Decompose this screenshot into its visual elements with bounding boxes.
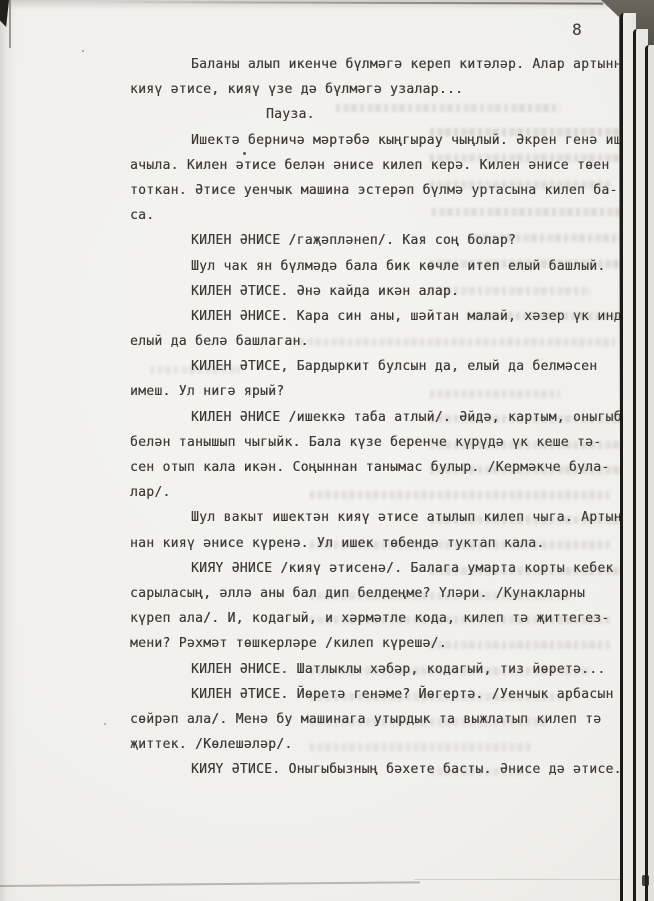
scanned-script-page: 8 Баланы алып икенче бүлмәгә кереп китәл…: [0, 0, 654, 901]
script-line: сөйрәп ала/. Менә бу машинага утырдык та…: [130, 707, 635, 732]
script-line: Баланы алып икенче бүлмәгә кереп китәләр…: [130, 52, 635, 77]
stacked-page-edge: [645, 45, 654, 901]
script-line: КИЛЕН ӘНИСЕ /гаҗәпләнеп/. Кая соң болар?: [130, 228, 635, 253]
script-line: күреп ала/. И, кодагый, и хәрмәтле кода,…: [130, 606, 635, 631]
script-line: нан кияү әнисе күренә. Ул ишек төбендә т…: [130, 531, 635, 556]
script-line: КИЯҮ ӘТИСЕ. Оныгыбызның бәхете басты. Ән…: [130, 757, 635, 782]
script-line: КИЛЕН ӘНИСЕ. Кара син аны, шәйтан малай,…: [130, 304, 635, 329]
script-line: сен отып кала икән. Соңыннан танымас бул…: [130, 455, 635, 480]
script-line: имеш. Ул нигә ярый?: [130, 379, 635, 404]
top-left-edge-line: [9, 0, 11, 48]
script-line: Пауза.: [130, 102, 635, 127]
script-line: тоткан. Әтисе уенчык машина эстерәп бүлм…: [130, 178, 635, 203]
script-line: ачыла. Килен әтисе белән әнисе килеп кер…: [130, 153, 635, 178]
script-line: са.: [130, 203, 635, 228]
script-line: КИЛЕН ӘТИСЕ. Әнә кайда икән алар.: [130, 279, 635, 304]
script-line: сарыласың, әллә аны бал дип белдеңме? Үл…: [130, 581, 635, 606]
paper-speck: [104, 723, 106, 725]
script-line: КИЛЕН ӘНИСЕ /ишеккә таба атлый/. Әйдә, к…: [130, 405, 635, 430]
paper-speck: [82, 50, 84, 52]
script-line: Шул чак ян бүлмәдә бала бик көчле итеп е…: [130, 254, 635, 279]
script-line: кияү әтисе, кияү үзе дә бүлмәгә узалар..…: [130, 77, 635, 102]
script-line: КИЛЕН ӘТИСЕ, Бардыркит булсын да, елый д…: [130, 354, 635, 379]
page-bottom-edge-line-faint: [414, 879, 620, 880]
paper-sheet: 8 Баланы алып икенче бүлмәгә кереп китәл…: [0, 0, 621, 901]
script-line: КИЛЕН ӘНИСЕ. Шатлыклы хәбәр, кодагый, ти…: [130, 657, 635, 682]
script-text-block: Баланы алып икенче бүлмәгә кереп китәләр…: [130, 52, 635, 782]
script-line: Шул вакыт ишектән кияү әтисе атылып киле…: [130, 505, 635, 530]
script-line: белән танышып чыгыйк. Бала күзе беренче …: [130, 430, 635, 455]
page-number: 8: [572, 20, 582, 40]
script-line: Ишектә берничә мәртәбә кыңгырау чыңлый. …: [130, 128, 635, 153]
script-line: КИЯҮ ӘНИСЕ /кияү әтисенә/. Балага умарта…: [130, 556, 635, 581]
script-line: елый да белә башлаган.: [130, 329, 635, 354]
script-line: КИЛЕН ӘТИСЕ. Йөретә генәме? Йөгертә. /Уе…: [130, 682, 635, 707]
script-line: мени? Рәхмәт төшкерләре /килеп күрешә/.: [130, 631, 635, 656]
bottom-right-corner-mark: [642, 875, 649, 886]
script-line: җиттек. /Көлешәләр/.: [130, 732, 635, 757]
script-line: лар/.: [130, 480, 635, 505]
paper-speck: [243, 152, 246, 155]
